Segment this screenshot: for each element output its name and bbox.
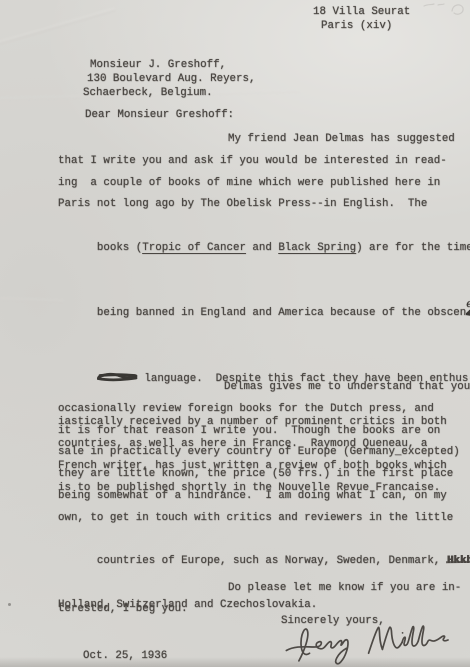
body-line: Paris not long ago by The Obelisk Press-… (58, 194, 470, 216)
paper-crease (0, 8, 116, 47)
overstruck-typo: Hkkh (447, 555, 470, 567)
body-text: countries of Europe, such as Norway, Swe… (97, 555, 447, 567)
sender-address-line: 18 Villa Seurat (313, 5, 410, 19)
ink-scribble: e (466, 305, 470, 316)
body-text: ) are for the time (356, 242, 470, 254)
date-line: Oct. 25, 1936 (83, 650, 167, 662)
sender-address-line: Paris (xiv) (313, 19, 410, 33)
salutation: Dear Monsieur Greshoff: (85, 109, 234, 121)
recipient-address-line: Monsieur J. Greshoff, (83, 58, 255, 72)
underlined-title-black-spring: Black Spring (278, 242, 356, 254)
body-line: it is for that reason I write you. Thoug… (58, 421, 470, 443)
recipient-address-line: 130 Boulevard Aug. Reyers, (83, 72, 255, 86)
body-line: they are little known, the price (50 frs… (58, 464, 470, 486)
body-line: Delmas gives me to understand that you (58, 377, 470, 399)
body-line: being banned in England and America beca… (58, 282, 470, 347)
body-line: ing a couple of books of mine which were… (58, 173, 470, 195)
pencil-mark (422, 0, 470, 20)
signature-block: Henry Miller (282, 619, 462, 667)
body-text: books ( (97, 242, 142, 254)
letter-paper: 18 Villa Seurat Paris (xiv) Monsieur J. … (0, 0, 470, 667)
recipient-address-line: Schaerbeck, Belgium. (83, 86, 255, 100)
body-line: Do please let me know if you are in- (58, 578, 470, 599)
body-line: being somewhat of a hindrance. I am doin… (58, 486, 470, 508)
body-line: books (Tropic of Cancer and Black Spring… (58, 216, 470, 281)
handwritten-e-correction: e (466, 297, 470, 310)
signature-henry-miller (281, 614, 463, 667)
body-line: sale in practically every country of Eur… (58, 442, 470, 464)
paper-speck (8, 603, 11, 606)
body-line: occasionally review foreign books for th… (58, 399, 470, 421)
signature-name: Henry Miller (282, 619, 283, 620)
underlined-title-tropic-of-cancer: Tropic of Cancer (142, 242, 246, 254)
body-line: own, to get in touch with critics and re… (58, 508, 470, 530)
sender-address-block: 18 Villa Seurat Paris (xiv) (313, 5, 410, 33)
body-line: that I write you and ask if you would be… (58, 151, 470, 173)
body-text: being banned in England and America beca… (97, 307, 466, 319)
body-text: and (246, 242, 278, 254)
body-line: My friend Jean Delmas has suggested (58, 129, 470, 151)
paragraph-3: Do please let me know if you are in- ter… (58, 578, 470, 620)
paper-crease (0, 298, 64, 302)
recipient-address-block: Monsieur J. Greshoff, 130 Boulevard Aug.… (83, 58, 255, 100)
